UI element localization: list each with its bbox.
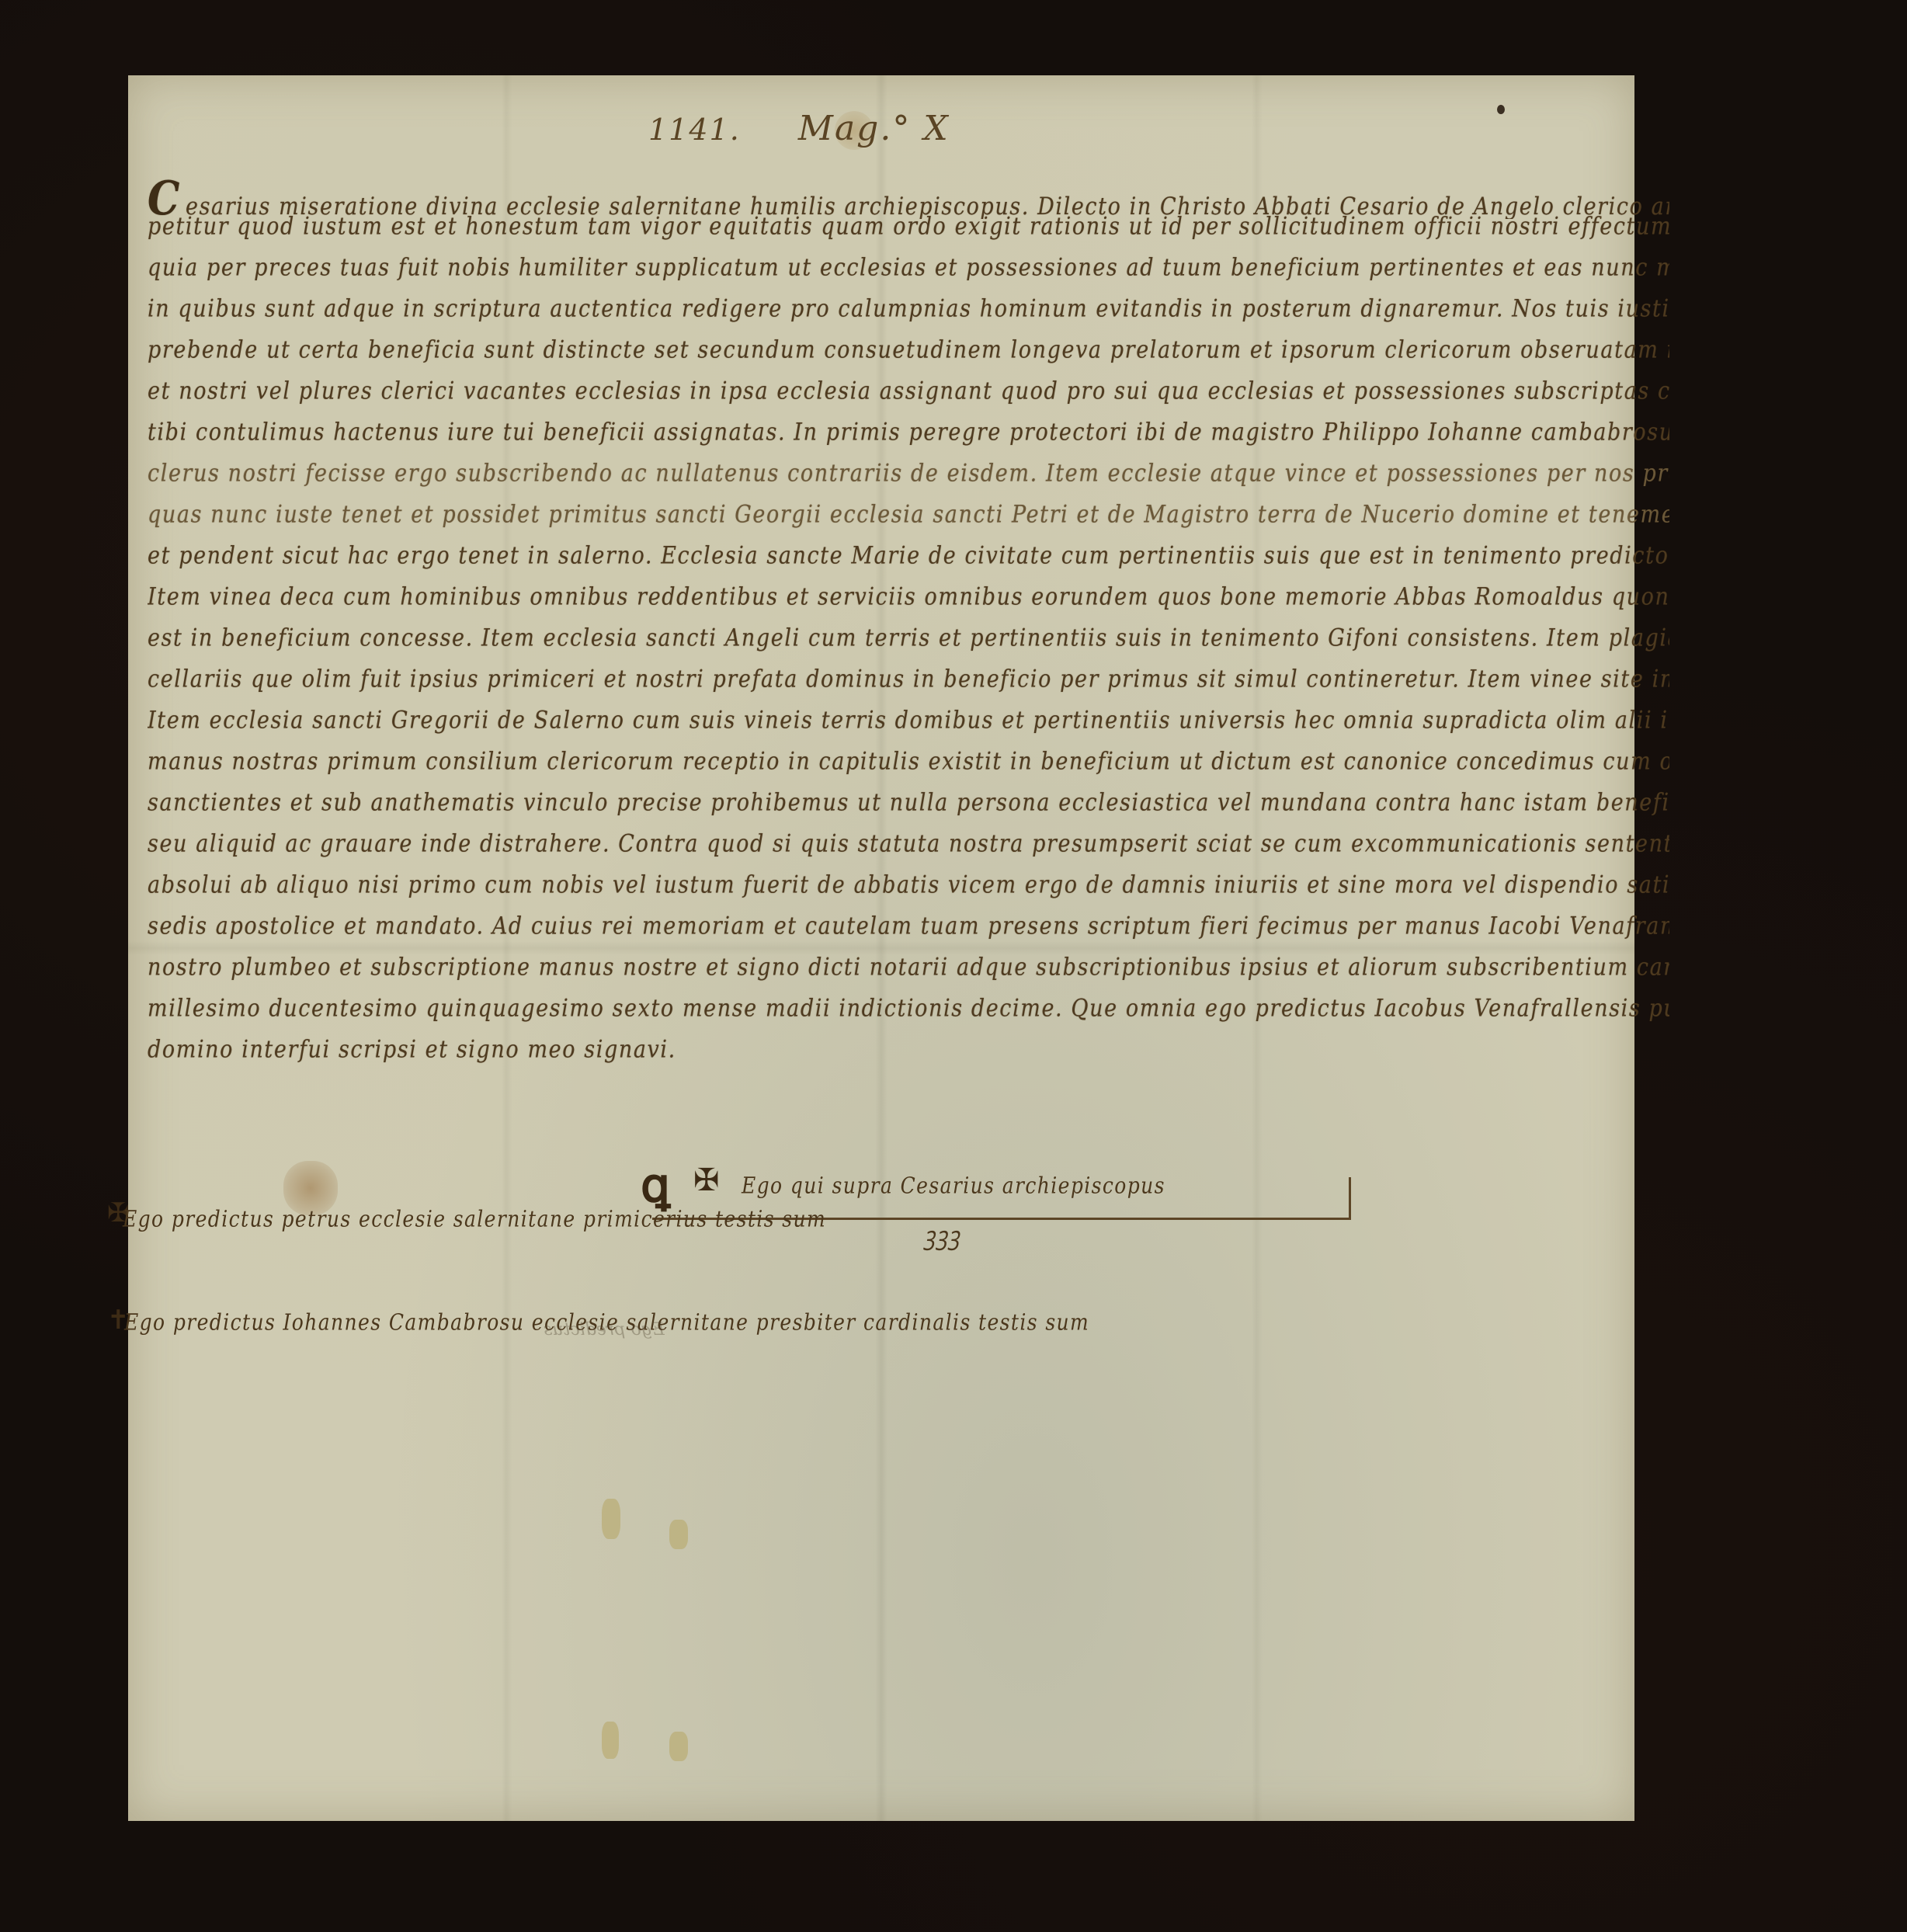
text-line: millesimo ducentesimo quinquagesimo sext… (148, 995, 1669, 1042)
witness-subscription: Ego predictus petrus ecclesie salernitan… (123, 1206, 826, 1232)
text-line: est in beneficium concesse. Item ecclesi… (148, 624, 1669, 672)
text-line: quia per preces tuas fuit nobis humilite… (148, 254, 1669, 301)
text-line: et nostri vel plures clerici vacantes ec… (148, 377, 1669, 425)
text-line: tibi contulimus hactenus iure tui benefi… (148, 419, 1669, 466)
text-line: nostro plumbeo et subscriptione manus no… (148, 954, 1669, 1001)
notary-signum-icon: ꝗ (641, 1159, 670, 1213)
text-line: domino interfui scripsi et signo meo sig… (148, 1036, 1669, 1083)
shelfmark: 1141. Mag.° X (648, 109, 950, 148)
text-line: cellariis que olim fuit ipsius primiceri… (148, 665, 1669, 713)
text-line: sanctientes et sub anathematis vinculo p… (148, 789, 1669, 836)
text-line: absolui ab aliquo nisi primo cum nobis v… (148, 871, 1669, 919)
parchment-hole (1497, 105, 1505, 114)
archbishop-subscription: Ego qui supra Cesarius archiepiscopus (742, 1173, 1165, 1198)
signature-bracket (1349, 1177, 1351, 1220)
text-line: clerus nostri fecisse ergo subscribendo … (148, 460, 1669, 507)
glue-mark (602, 1499, 620, 1539)
cross-icon: ✠ (693, 1165, 720, 1196)
offset-text: Ego predictus (544, 1320, 665, 1340)
text-line: petitur quod iustum est et honestum tam … (148, 213, 1669, 260)
glue-mark (669, 1520, 688, 1549)
glue-mark (669, 1732, 688, 1761)
text-line: in quibus sunt adque in scriptura aucten… (148, 295, 1669, 342)
charter-body: Cesarius miseratione divina ecclesie sal… (148, 175, 1669, 1080)
text-line: Item ecclesia sancti Gregorii de Salerno… (148, 707, 1669, 754)
shelfmark-label: Mag.° X (798, 109, 950, 148)
text-line: Item vinea deca cum hominibus omnibus re… (148, 583, 1669, 631)
text-line: seu aliquid ac grauare inde distrahere. … (148, 830, 1669, 877)
text-line: sedis apostolice et mandato. Ad cuius re… (148, 912, 1669, 960)
text-line: Cesarius miseratione divina ecclesie sal… (148, 172, 1669, 219)
text-line: et pendent sicut hac ergo tenet in saler… (148, 542, 1669, 589)
initial-letter: C (148, 172, 181, 219)
monogram-mark: ꝫꝫꝫ (924, 1218, 960, 1253)
text-line: quas nunc iuste tenet et possidet primit… (148, 501, 1669, 548)
text-line: prebende ut certa beneficia sunt distinc… (148, 336, 1669, 384)
text-line: manus nostras primum consilium clericoru… (148, 748, 1669, 795)
shelfmark-number: 1141. (648, 113, 741, 147)
glue-mark (602, 1722, 619, 1759)
